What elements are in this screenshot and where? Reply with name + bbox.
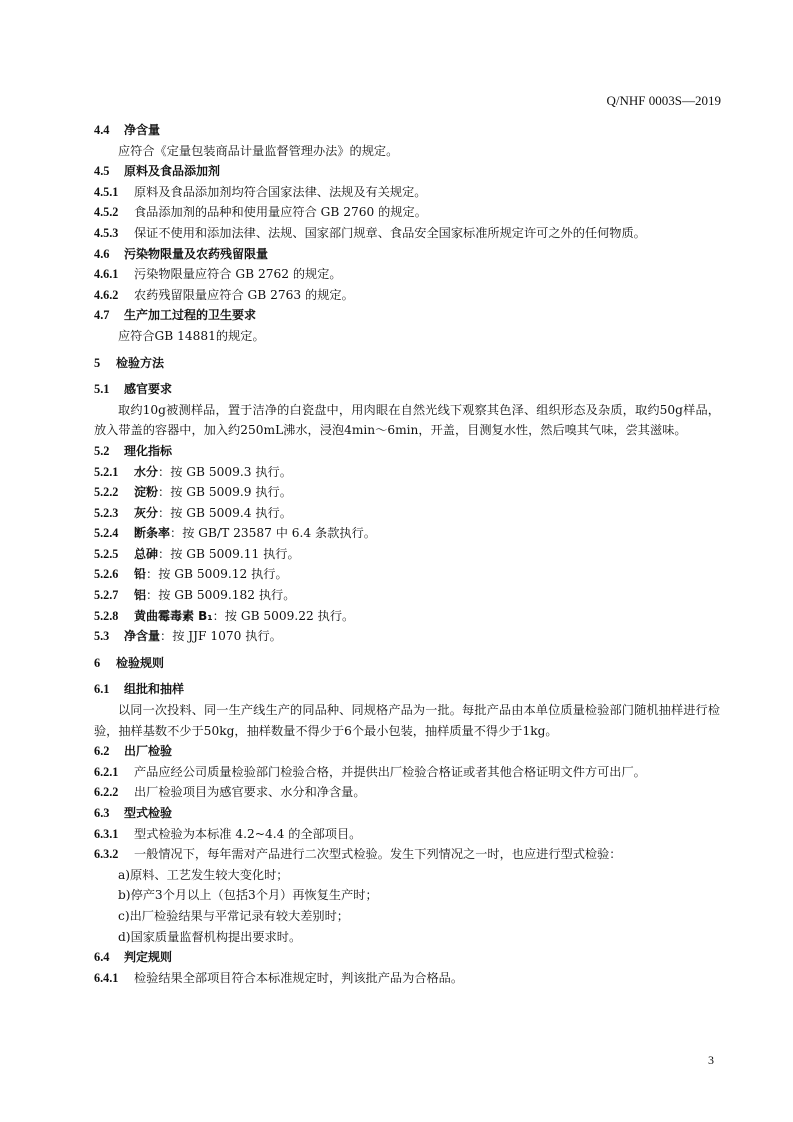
clause-4-5-1: 4.5.1原料及食品添加剂均符合国家法律、法规及有关规定。: [94, 182, 720, 203]
clause-6-4-1: 6.4.1检验结果全部项目符合本标准规定时，判该批产品为合格品。: [94, 968, 720, 989]
clause-5-2-2: 5.2.2淀粉：按 GB 5009.9 执行。: [94, 482, 720, 503]
clause-number: 5.2.3: [94, 503, 134, 524]
clause-number: 5.2.7: [94, 585, 134, 606]
clause-text: 出厂检验项目为感官要求、水分和净含量。: [134, 785, 366, 799]
chapter-5-heading: 5检验方法: [94, 353, 720, 374]
clause-number: 5.2.1: [94, 462, 134, 483]
chapter-number: 6: [94, 653, 116, 674]
section-title: 感官要求: [124, 382, 172, 396]
clause-label: 灰分: [134, 506, 158, 520]
document-body: 4.4净含量 应符合《定量包装商品计量监督管理办法》的规定。 4.5原料及食品添…: [94, 120, 720, 988]
section-4-7-heading: 4.7生产加工过程的卫生要求: [94, 305, 720, 326]
section-6-1-heading: 6.1组批和抽样: [94, 679, 720, 700]
clause-text: 污染物限量应符合 GB 2762 的规定。: [134, 267, 342, 281]
section-6-3-heading: 6.3型式检验: [94, 803, 720, 824]
clause-text: ：按 GB 5009.9 执行。: [158, 485, 292, 499]
page-number: 3: [708, 1053, 714, 1068]
section-number: 5.1: [94, 379, 124, 400]
section-title: 净含量: [124, 123, 160, 137]
list-item-c: c)出厂检验结果与平常记录有较大差别时；: [94, 906, 720, 927]
clause-number: 6.3.1: [94, 824, 134, 845]
clause-text: ：按 GB 5009.22 执行。: [213, 609, 355, 623]
clause-text: 原料及食品添加剂均符合国家法律、法规及有关规定。: [134, 185, 427, 199]
clause-number: 4.5.2: [94, 202, 134, 223]
section-number: 6.2: [94, 741, 124, 762]
clause-number: 4.6.2: [94, 285, 134, 306]
clause-label: 总砷: [134, 547, 158, 561]
clause-6-3-1: 6.3.1型式检验为本标准 4.2~4.4 的全部项目。: [94, 824, 720, 845]
section-text: ：按 JJF 1070 执行。: [160, 629, 282, 643]
list-text: 停产3个月以上（包括3个月）再恢复生产时；: [131, 888, 378, 902]
clause-text: ：按 GB 5009.182 执行。: [146, 588, 295, 602]
clause-5-2-3: 5.2.3灰分：按 GB 5009.4 执行。: [94, 503, 720, 524]
clause-4-6-2: 4.6.2农药残留限量应符合 GB 2763 的规定。: [94, 285, 720, 306]
section-4-4-text: 应符合《定量包装商品计量监督管理办法》的规定。: [94, 141, 720, 162]
clause-label: 黄曲霉毒素 B₁: [134, 609, 213, 623]
clause-number: 5.2.8: [94, 606, 134, 627]
section-title: 组批和抽样: [124, 682, 184, 696]
clause-5-2-7: 5.2.7铝：按 GB 5009.182 执行。: [94, 585, 720, 606]
list-item-d: d)国家质量监督机构提出要求时。: [94, 927, 720, 948]
standard-code-header: Q/NHF 0003S—2019: [607, 93, 722, 109]
clause-number: 4.6.1: [94, 264, 134, 285]
clause-label: 淀粉: [134, 485, 158, 499]
chapter-title: 检验方法: [116, 356, 164, 370]
clause-label: 水分: [134, 465, 158, 479]
clause-number: 6.3.2: [94, 844, 134, 865]
section-4-5-heading: 4.5原料及食品添加剂: [94, 161, 720, 182]
clause-6-3-2: 6.3.2一般情况下，每年需对产品进行二次型式检验。发生下列情况之一时，也应进行…: [94, 844, 720, 865]
section-5-2-heading: 5.2理化指标: [94, 441, 720, 462]
list-text: 出厂检验结果与平常记录有较大差别时；: [130, 909, 349, 923]
section-title: 型式检验: [124, 806, 172, 820]
clause-text: ：按 GB/T 23587 中 6.4 条款执行。: [170, 526, 376, 540]
list-label: b): [118, 888, 131, 902]
list-text: 国家质量监督机构提出要求时。: [131, 930, 302, 944]
chapter-title: 检验规则: [116, 656, 164, 670]
clause-4-5-3: 4.5.3保证不使用和添加法律、法规、国家部门规章、食品安全国家标准所规定许可之…: [94, 223, 720, 244]
clause-number: 5.2.5: [94, 544, 134, 565]
clause-5-2-5: 5.2.5总砷：按 GB 5009.11 执行。: [94, 544, 720, 565]
section-number: 4.6: [94, 244, 124, 265]
clause-number: 6.2.2: [94, 782, 134, 803]
clause-text: 一般情况下，每年需对产品进行二次型式检验。发生下列情况之一时，也应进行型式检验：: [134, 847, 622, 861]
clause-text: ：按 GB 5009.12 执行。: [146, 567, 288, 581]
section-number: 5.2: [94, 441, 124, 462]
clause-5-2-8: 5.2.8黄曲霉毒素 B₁：按 GB 5009.22 执行。: [94, 606, 720, 627]
clause-label: 断条率: [134, 526, 170, 540]
list-item-b: b)停产3个月以上（包括3个月）再恢复生产时；: [94, 885, 720, 906]
clause-label: 铅: [134, 567, 146, 581]
section-number: 6.1: [94, 679, 124, 700]
clause-text: 食品添加剂的品种和使用量应符合 GB 2760 的规定。: [134, 205, 427, 219]
chapter-number: 5: [94, 353, 116, 374]
clause-text: 检验结果全部项目符合本标准规定时，判该批产品为合格品。: [134, 971, 463, 985]
clause-5-2-4: 5.2.4断条率：按 GB/T 23587 中 6.4 条款执行。: [94, 523, 720, 544]
list-label: d): [118, 930, 131, 944]
clause-text: 产品应经公司质量检验部门检验合格，并提供出厂检验合格证或者其他合格证明文件方可出…: [134, 765, 646, 779]
section-title: 理化指标: [124, 444, 172, 458]
list-item-a: a)原料、工艺发生较大变化时；: [94, 865, 720, 886]
clause-4-5-2: 4.5.2食品添加剂的品种和使用量应符合 GB 2760 的规定。: [94, 202, 720, 223]
clause-number: 5.2.6: [94, 564, 134, 585]
clause-number: 6.2.1: [94, 762, 134, 783]
section-number: 4.5: [94, 161, 124, 182]
clause-number: 5.2.4: [94, 523, 134, 544]
section-number: 6.4: [94, 947, 124, 968]
chapter-6-heading: 6检验规则: [94, 653, 720, 674]
clause-4-6-1: 4.6.1污染物限量应符合 GB 2762 的规定。: [94, 264, 720, 285]
section-6-2-heading: 6.2出厂检验: [94, 741, 720, 762]
clause-text: ：按 GB 5009.3 执行。: [158, 465, 292, 479]
section-5-3: 5.3净含量：按 JJF 1070 执行。: [94, 626, 720, 647]
clause-number: 4.5.3: [94, 223, 134, 244]
clause-6-2-2: 6.2.2出厂检验项目为感官要求、水分和净含量。: [94, 782, 720, 803]
clause-text: 保证不使用和添加法律、法规、国家部门规章、食品安全国家标准所规定许可之外的任何物…: [134, 226, 646, 240]
clause-text: 农药残留限量应符合 GB 2763 的规定。: [134, 288, 354, 302]
section-5-1-heading: 5.1感官要求: [94, 379, 720, 400]
clause-label: 铝: [134, 588, 146, 602]
clause-number: 4.5.1: [94, 182, 134, 203]
section-title: 污染物限量及农药残留限量: [124, 247, 268, 261]
section-4-7-text: 应符合GB 14881的规定。: [94, 326, 720, 347]
clause-text: ：按 GB 5009.4 执行。: [158, 506, 292, 520]
section-title: 生产加工过程的卫生要求: [124, 308, 256, 322]
clause-5-2-6: 5.2.6铅：按 GB 5009.12 执行。: [94, 564, 720, 585]
clause-text: ：按 GB 5009.11 执行。: [158, 547, 300, 561]
clause-5-2-1: 5.2.1水分：按 GB 5009.3 执行。: [94, 462, 720, 483]
section-title: 净含量: [124, 629, 160, 643]
clause-number: 5.2.2: [94, 482, 134, 503]
section-title: 原料及食品添加剂: [124, 164, 220, 178]
clause-6-2-1: 6.2.1产品应经公司质量检验部门检验合格，并提供出厂检验合格证或者其他合格证明…: [94, 762, 720, 783]
section-4-6-heading: 4.6污染物限量及农药残留限量: [94, 244, 720, 265]
section-6-4-heading: 6.4判定规则: [94, 947, 720, 968]
list-label: a): [118, 868, 130, 882]
section-number: 4.7: [94, 305, 124, 326]
section-number: 5.3: [94, 626, 124, 647]
list-text: 原料、工艺发生较大变化时；: [130, 868, 288, 882]
section-title: 判定规则: [124, 950, 172, 964]
section-number: 4.4: [94, 120, 124, 141]
section-6-1-text: 以同一次投料、同一生产线生产的同品种、同规格产品为一批。每批产品由本单位质量检验…: [94, 700, 720, 741]
section-4-4-heading: 4.4净含量: [94, 120, 720, 141]
clause-number: 6.4.1: [94, 968, 134, 989]
section-5-1-text: 取约10g被测样品，置于洁净的白瓷盘中，用肉眼在自然光线下观察其色泽、组织形态及…: [94, 400, 720, 441]
section-number: 6.3: [94, 803, 124, 824]
clause-text: 型式检验为本标准 4.2~4.4 的全部项目。: [134, 827, 361, 841]
list-label: c): [118, 909, 130, 923]
section-title: 出厂检验: [124, 744, 172, 758]
